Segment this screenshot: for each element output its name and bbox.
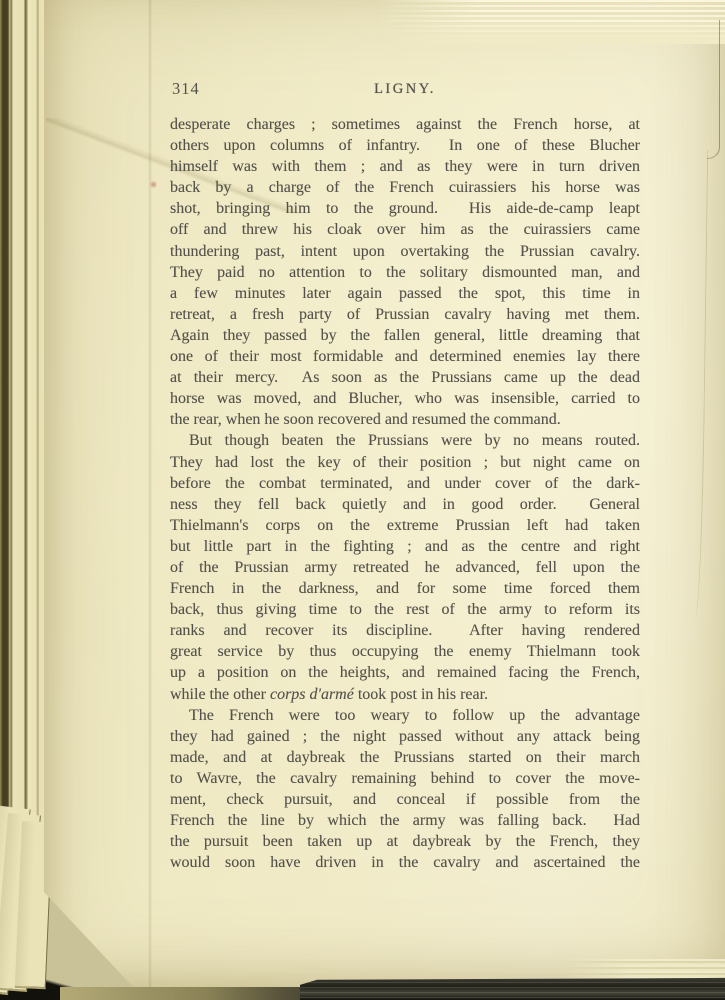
text-line: himself was with them ; and as they were…: [170, 156, 640, 177]
page-header: 314 LIGNY.: [170, 79, 640, 99]
text-line: horse was moved, and Blucher, who was in…: [170, 388, 640, 409]
scanned-book-page: 314 LIGNY. desperate charges ; sometimes…: [0, 0, 725, 1000]
bottom-edge-streaks: [560, 959, 725, 979]
text-line: a few minutes later again passed the spo…: [170, 283, 640, 304]
right-hairline-mark: [707, 20, 720, 159]
text-line: would soon have driven in the cavalry an…: [170, 852, 640, 873]
text-line: ment, check pursuit, and conceal if poss…: [170, 789, 640, 810]
text-line: great service by thus occupying the enem…: [170, 641, 640, 662]
text-line: one of their most formidable and determi…: [170, 346, 640, 367]
text-line: off and threw his cloak over him as the …: [170, 219, 640, 240]
text-line: of the Prussian army retreated he advanc…: [170, 557, 640, 578]
text-line: Thielmann's corps on the extreme Prussia…: [170, 515, 640, 536]
text-line: They paid no attention to the solitary d…: [170, 262, 640, 283]
text-line: at their mercy. As soon as the Prussians…: [170, 367, 640, 388]
text-line: while the other corps d'armé took post i…: [170, 684, 640, 705]
page-curl-line: [687, 150, 709, 620]
text-line: back by a charge of the French cuirassie…: [170, 177, 640, 198]
text-line: But though beaten the Prussians were by …: [170, 430, 640, 451]
text-line: the rear, when he soon recovered and res…: [170, 409, 640, 430]
text-line: the pursuit been taken up at daybreak by…: [170, 831, 640, 852]
text-line: thundering past, intent upon overtaking …: [170, 241, 640, 262]
body-text: desperate charges ; sometimes against th…: [170, 114, 640, 873]
text-line: up a position on the heights, and remain…: [170, 662, 640, 683]
page-number: 314: [172, 79, 200, 99]
text-line: but little part in the fighting ; and as…: [170, 536, 640, 557]
text-line: desperate charges ; sometimes against th…: [170, 114, 640, 135]
text-line: They had lost the key of their position …: [170, 452, 640, 473]
french-term-italic: corps d'armé: [270, 686, 354, 703]
text-line: others upon columns of infantry. In one …: [170, 135, 640, 156]
text-line: they had gained ; the night passed witho…: [170, 726, 640, 747]
text-line: French in the darkness, and for some tim…: [170, 578, 640, 599]
text-line: to Wavre, the cavalry remaining behind t…: [170, 768, 640, 789]
text-line: made, and at daybreak the Prussians star…: [170, 747, 640, 768]
text-line: back, thus giving time to the rest of th…: [170, 599, 640, 620]
text-line: shot, bringing him to the ground. His ai…: [170, 198, 640, 219]
text-line: Again they passed by the fallen general,…: [170, 325, 640, 346]
page-content: 314 LIGNY. desperate charges ; sometimes…: [170, 79, 640, 873]
text-line: retreat, a fresh party of Prussian caval…: [170, 304, 640, 325]
foxing-speck: [150, 180, 157, 189]
bottom-dark-band: [300, 977, 725, 1000]
running-title: LIGNY.: [374, 81, 436, 98]
top-edge-streaks: [375, 0, 725, 44]
text-line: The French were too weary to follow up t…: [170, 705, 640, 726]
text-line: ness they fell back quietly and in good …: [170, 494, 640, 515]
text-line: French the line by which the army was fa…: [170, 810, 640, 831]
text-line: before the combat terminated, and under …: [170, 473, 640, 494]
text-line: ranks and recover its discipline. After …: [170, 620, 640, 641]
